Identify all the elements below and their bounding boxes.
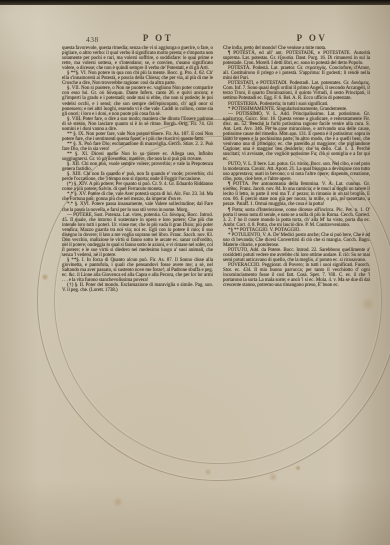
- paragraph: §. XII. Chi non può, vuole sempre volere…: [62, 162, 213, 172]
- paragraph: (†) §. II. Poter del mondo. Esclamazione…: [62, 283, 213, 293]
- paragraph: ** §. IX. Non poter fare, vale Non poter…: [62, 132, 213, 142]
- paragraph: ** §. X. Può fare Dio; esclamazione di m…: [62, 142, 213, 152]
- paragraph: — POTERE, Sust. Potenza. Lat. vires, pot…: [62, 213, 213, 258]
- paragraph: POTESTÀ. Podestà. Lat. praetor. Gr. στρα…: [223, 66, 370, 81]
- paragraph: — POTISSIMO, V. L. Add. Principalissimo.…: [223, 112, 370, 162]
- scanned-book-page: 438 P OT P OV questa favorevole, questa …: [0, 0, 390, 545]
- paragraph: POTESTATI, e POTESTADI. Podestadi. Lat. …: [223, 81, 370, 101]
- paragraph: § **§. I. In forza di Quanto alcun può. …: [62, 258, 213, 283]
- paragraph: §. VII. Non si puotere, o Non ne puotere…: [62, 86, 213, 116]
- paragraph: ¶ Potta; sorta d'Interiezione, come dice…: [223, 208, 370, 228]
- left-text-column: questa favorevole, questa rimedia; senza…: [62, 46, 213, 293]
- paragraph: ¶ POTTA. Per antonomasia della femmina. …: [223, 182, 370, 207]
- paragraph: PUTO, V. L. Il bere. Lat. potus. Gr. πότ…: [223, 162, 370, 182]
- running-head-right: P OV: [272, 33, 352, 43]
- scan-edge-shadow: [0, 0, 390, 5]
- paper-background: 438 P OT P OV questa favorevole, questa …: [0, 4, 390, 545]
- paragraph: (*) §. XIV. A più potere; Per quanto si …: [62, 182, 213, 192]
- paragraph: *.* §. XV. Potere di che, vale Aver pote…: [62, 192, 213, 202]
- paragraph: ¶ POTESTÀ, ed all' ant. POTESTADE, e POT…: [223, 51, 370, 66]
- paragraph: §. XIII. Chi non fa quando e' può, non f…: [62, 172, 213, 182]
- paragraph: * POTULENTO, V. A. De' Medici posto anch…: [223, 233, 370, 248]
- page-number: 438: [86, 35, 99, 44]
- paragraph: POTUTO, Add. da Potere. Bocc. Introd. 22…: [223, 248, 370, 263]
- running-head: 438 P OT P OV: [0, 33, 390, 45]
- paragraph: ** §. XI. Dicesi anche Non lo so potere …: [62, 152, 213, 162]
- paragraph: POVERACCIO. Peggiorat. di Povero; in tut…: [223, 263, 370, 288]
- paragraph: questa favorevole, questa rimedia; senza…: [62, 46, 213, 71]
- paragraph: §. VIII. Poter fare, o dire a suo modo; …: [62, 117, 213, 132]
- paragraph: § **§. VI. Non potere in qua con chi più…: [62, 71, 213, 86]
- right-text-column: Che india, petto del mondo! Che venisse …: [223, 46, 370, 288]
- paragraph: *.* §. XVI. Potere passa insanamente, va…: [62, 202, 213, 212]
- running-head-left: P OT: [118, 33, 198, 43]
